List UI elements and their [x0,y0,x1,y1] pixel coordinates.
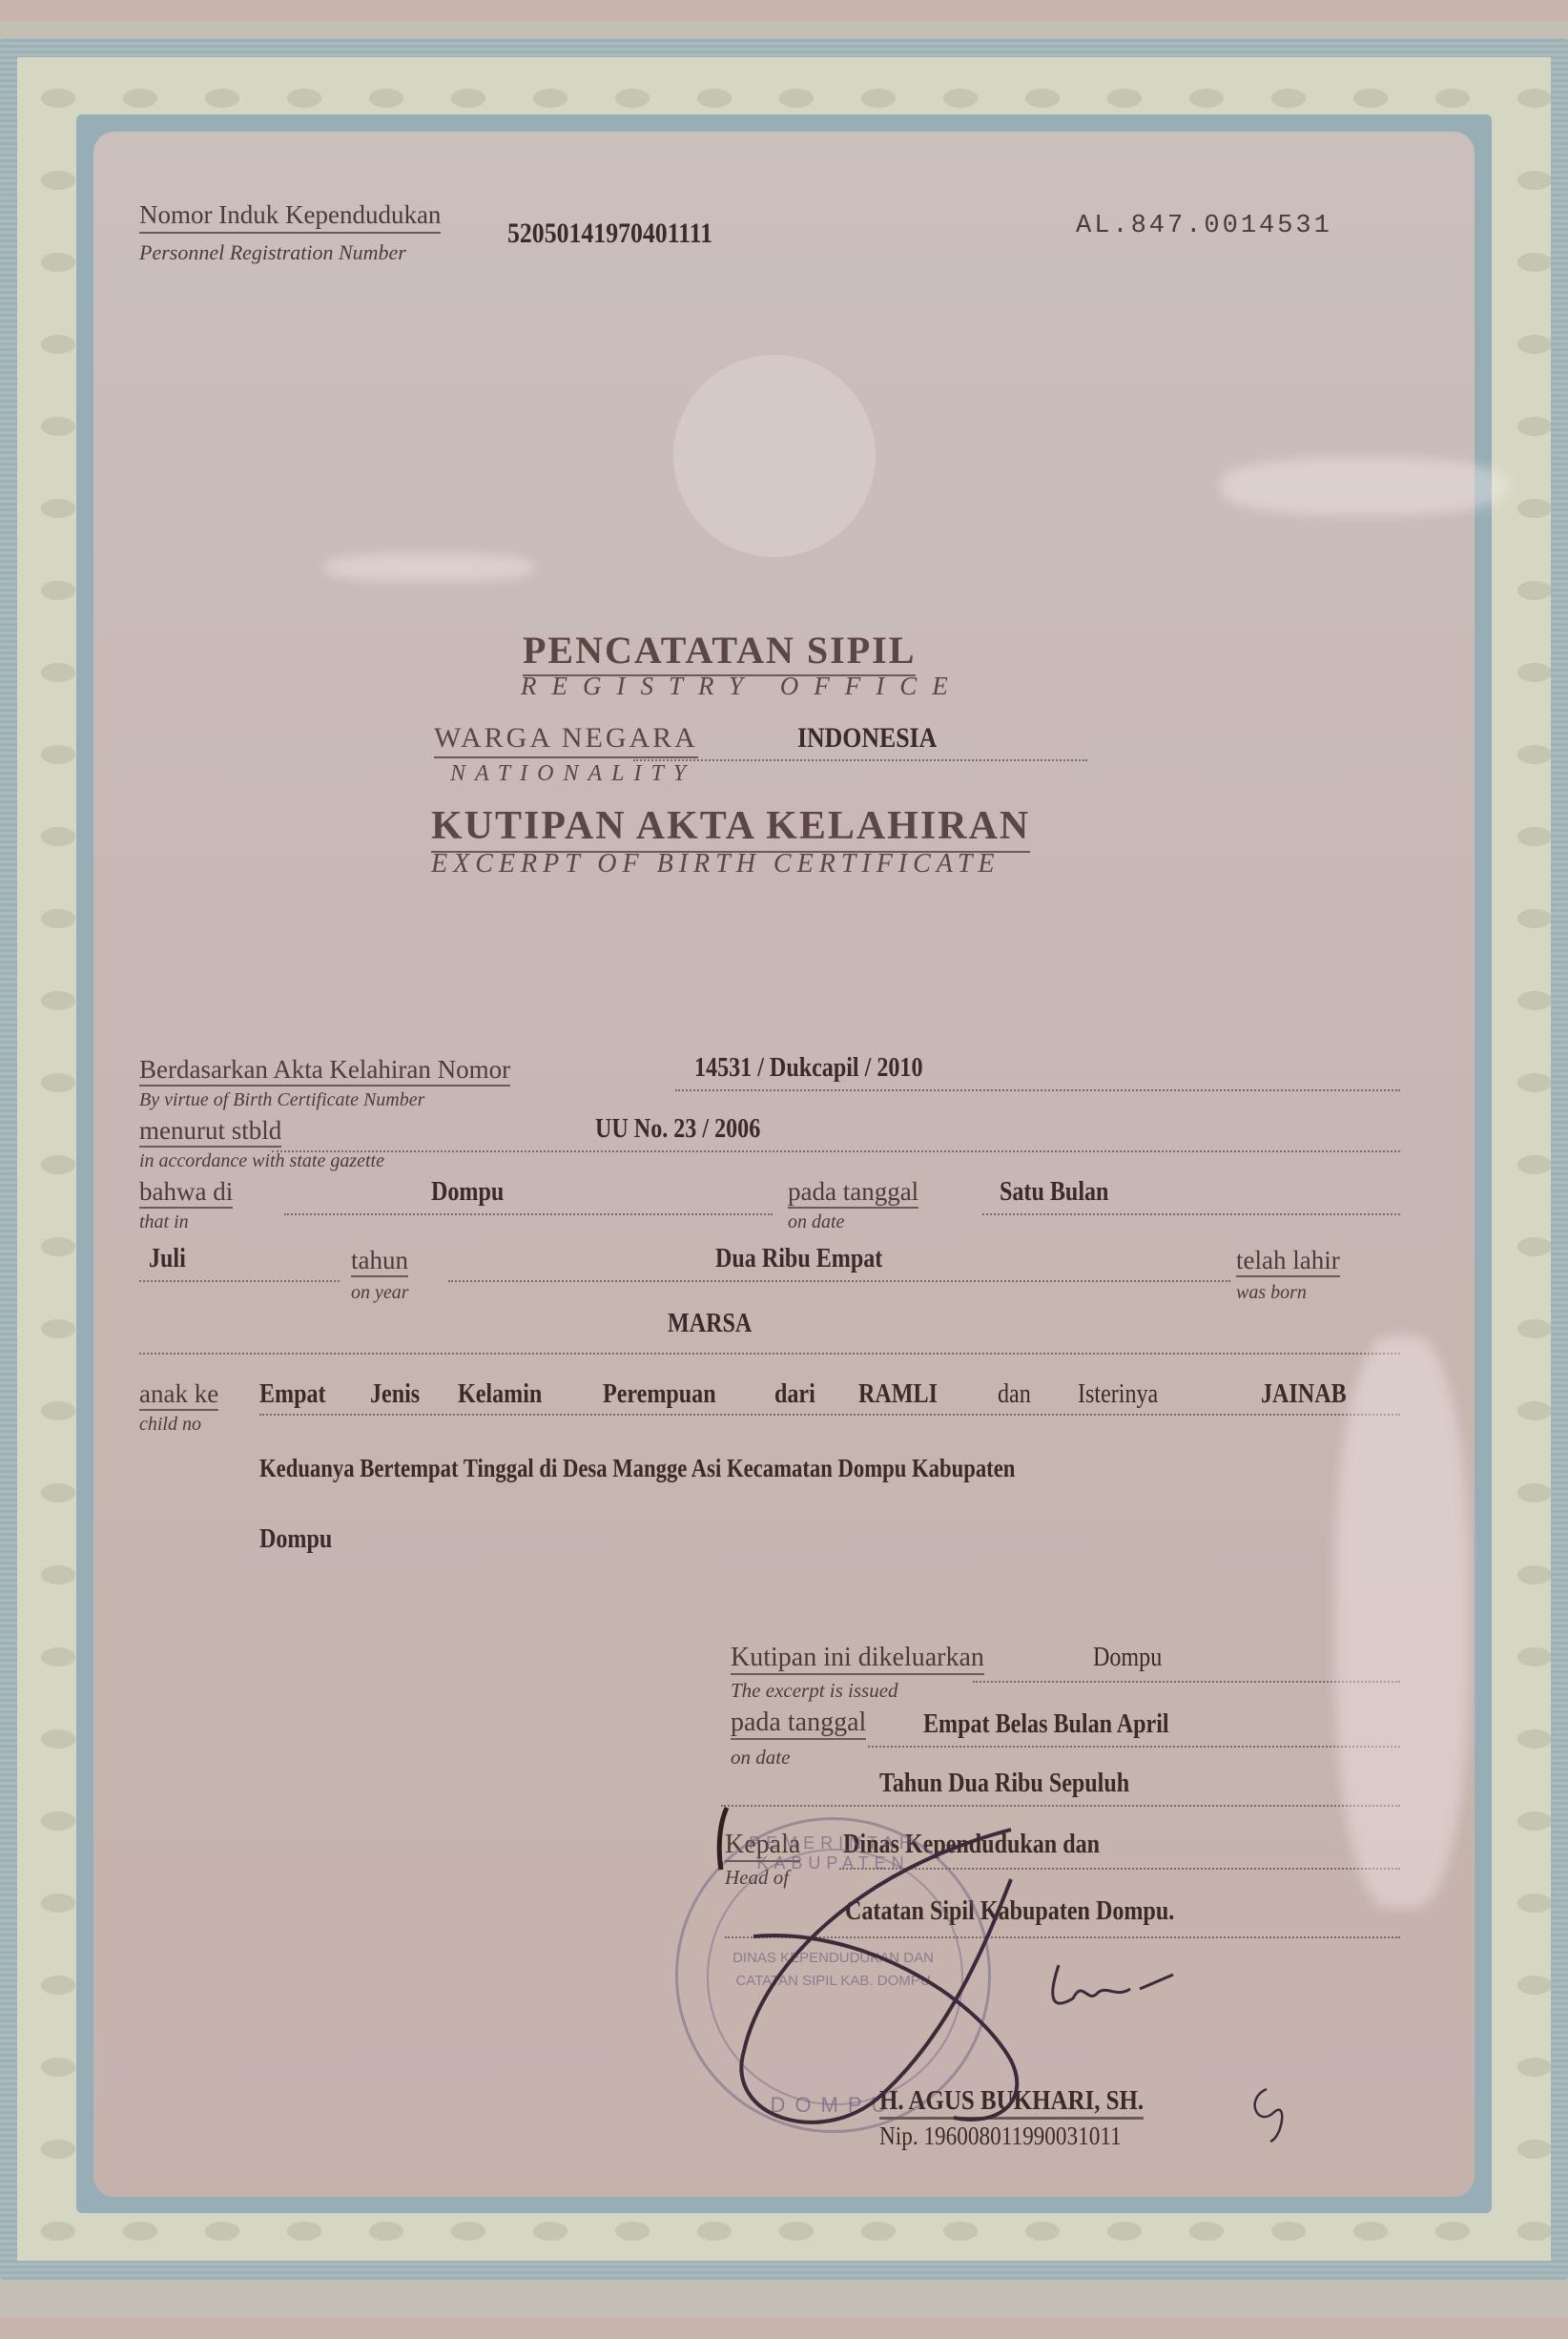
glare [324,553,534,582]
signature [0,0,1568,2339]
glare [1335,1335,1469,1908]
glare [1221,458,1507,515]
